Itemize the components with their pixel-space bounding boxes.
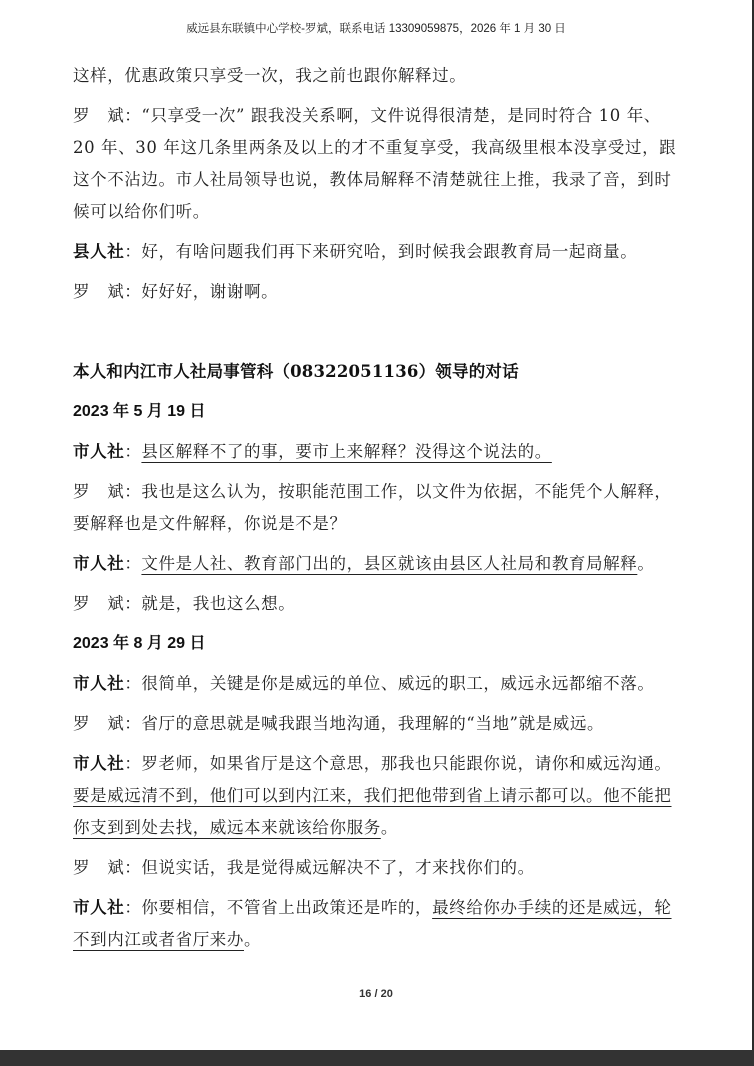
paragraph-city-hr: 市人社：文件是人社、教育部门出的，县区就该由县区人社局和教育局解释。 <box>73 548 683 580</box>
speech-text: 很简单，关键是你是威远的单位、威远的职工，威远永远都缩不落。 <box>141 674 654 693</box>
speech-text: 省厅的意思就是喊我跟当地沟通，我理解的“当地”就是威远。 <box>141 714 604 733</box>
speaker-label: 罗 斌： <box>73 594 141 613</box>
document-page: 威远县东联镇中心学校-罗斌，联系电话 13309059875，2026 年 1 … <box>0 0 752 1050</box>
speech-text: 好好好，谢谢啊。 <box>141 282 278 301</box>
underlined-text: 文件是人社、教育部门出的，县区就该由县区人社局和教育局解释 <box>141 554 637 573</box>
speech-text: 好，有啥问题我们再下来研究哈，到时候我会跟教育局一起商量。 <box>141 242 637 261</box>
paragraph-luobin: 罗 斌：但说实话，我是觉得威远解决不了，才来找你们的。 <box>73 852 683 884</box>
speaker-colon: ： <box>124 442 141 461</box>
speech-text: 但说实话，我是觉得威远解决不了，才来找你们的。 <box>141 858 534 877</box>
paragraph-city-hr: 市人社：县区解释不了的事，要市上来解释？没得这个说法的。 <box>73 436 683 468</box>
page-content: 这样，优惠政策只享受一次，我之前也跟你解释过。 罗 斌：“只享受一次” 跟我没关… <box>73 60 683 956</box>
speaker-colon: ： <box>124 554 141 573</box>
page-number: 16 / 20 <box>0 988 752 1000</box>
underlined-text: 县区解释不了的事，要市上来解释？没得这个说法的。 <box>141 442 551 461</box>
paragraph-luobin: 罗 斌：“只享受一次” 跟我没关系啊，文件说得很清楚，是同时符合 10 年、20… <box>73 100 683 228</box>
speech-text: 就是，我也这么想。 <box>141 594 295 613</box>
section-heading: 本人和内江市人社局事管科（08322051136）领导的对话 <box>73 356 683 388</box>
speech-text: 。 <box>244 930 261 949</box>
speaker-label: 市人社 <box>73 554 124 573</box>
speaker-colon: ： <box>124 898 141 917</box>
speaker-colon: ： <box>124 754 141 773</box>
speech-text: 。 <box>637 554 654 573</box>
speaker-colon: ： <box>124 674 141 693</box>
paragraph: 这样，优惠政策只享受一次，我之前也跟你解释过。 <box>73 60 683 92</box>
paragraph-luobin: 罗 斌：省厅的意思就是喊我跟当地沟通，我理解的“当地”就是威远。 <box>73 708 683 740</box>
speaker-label: 罗 斌： <box>73 282 141 301</box>
paragraph-luobin: 罗 斌：就是，我也这么想。 <box>73 588 683 620</box>
speech-text: 罗老师，如果省厅是这个意思，那我也只能跟你说，请你和威远沟通。 <box>141 754 671 773</box>
speaker-label: 市人社 <box>73 754 124 773</box>
speech-text: 。 <box>381 818 398 837</box>
speaker-label: 罗 斌： <box>73 482 141 501</box>
date-heading: 2023 年 8 月 29 日 <box>73 628 683 660</box>
paragraph-luobin: 罗 斌：我也是这么认为，按职能范围工作，以文件为依据，不能凭个人解释，要解释也是… <box>73 476 683 540</box>
speech-text: 你要相信，不管省上出政策还是咋的， <box>141 898 432 917</box>
paragraph-luobin: 罗 斌：好好好，谢谢啊。 <box>73 276 683 308</box>
viewer-bottom-bar <box>0 1050 754 1066</box>
underlined-text: 要是威远清不到，他们可以到内江来，我们把他带到省上请示都可以。他不能把你支到到处… <box>73 786 672 837</box>
paragraph-county-hr: 县人社：好，有啥问题我们再下来研究哈，到时候我会跟教育局一起商量。 <box>73 236 683 268</box>
date-heading: 2023 年 5 月 19 日 <box>73 396 683 428</box>
paragraph-city-hr: 市人社：罗老师，如果省厅是这个意思，那我也只能跟你说，请你和威远沟通。要是威远清… <box>73 748 683 844</box>
speaker-label: 罗 斌： <box>73 714 141 733</box>
speaker-colon: ： <box>124 242 141 261</box>
speaker-label: 罗 斌： <box>73 858 141 877</box>
speech-text: 我也是这么认为，按职能范围工作，以文件为依据，不能凭个人解释，要解释也是文件解释… <box>73 482 672 533</box>
speaker-label: 市人社 <box>73 674 124 693</box>
page-header: 威远县东联镇中心学校-罗斌，联系电话 13309059875，2026 年 1 … <box>0 20 752 36</box>
speaker-label: 罗 斌： <box>73 106 141 125</box>
paragraph-city-hr: 市人社：很简单，关键是你是威远的单位、威远的职工，威远永远都缩不落。 <box>73 668 683 700</box>
speaker-label: 市人社 <box>73 898 124 917</box>
speech-text: “只享受一次” 跟我没关系啊，文件说得很清楚，是同时符合 10 年、20 年、3… <box>73 106 676 221</box>
speaker-label: 市人社 <box>73 442 124 461</box>
speaker-label: 县人社 <box>73 242 124 261</box>
paragraph-city-hr: 市人社：你要相信，不管省上出政策还是咋的，最终给你办手续的还是威远，轮不到内江或… <box>73 892 683 956</box>
